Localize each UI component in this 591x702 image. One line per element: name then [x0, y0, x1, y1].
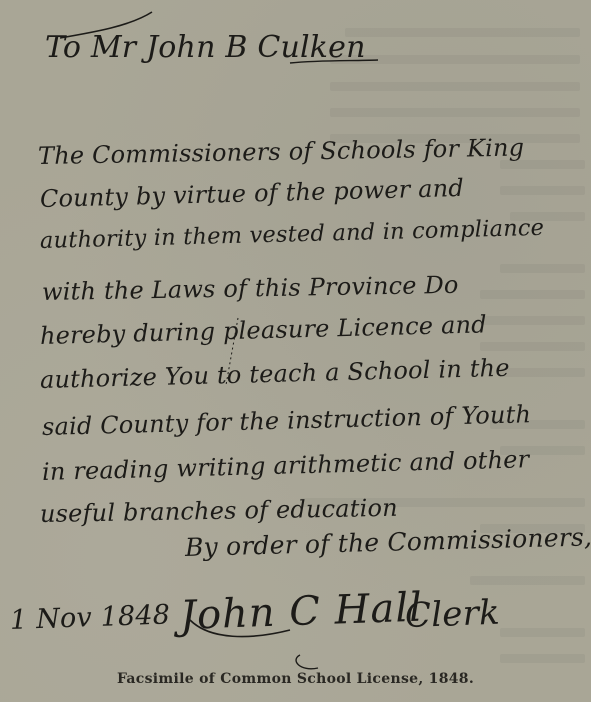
body-line-3: authority in them vested and in complian… [40, 215, 545, 254]
bleed-through-line [470, 576, 585, 585]
signature-title: Clerk [404, 593, 500, 636]
bleed-through-line [480, 316, 585, 325]
body-line-2: County by virtue of the power and [40, 174, 465, 213]
bleed-through-line [480, 290, 585, 299]
body-line-9: useful branches of education [40, 494, 398, 528]
body-line-8: in reading writing arithmetic and other [42, 445, 530, 486]
body-line-6: authorize You to teach a School in the [40, 354, 510, 394]
bleed-through-line [500, 628, 585, 637]
date: 1 Nov 1848 [9, 599, 170, 636]
body-line-4: with the Laws of this Province Do [42, 271, 459, 306]
bleed-through-line [330, 55, 580, 64]
bleed-through-line [500, 368, 585, 377]
bleed-through-line [330, 108, 580, 117]
bleed-through-line [500, 654, 585, 663]
bleed-through-line [345, 28, 580, 37]
bleed-through-line [500, 264, 585, 273]
closing-line: By order of the Commissioners, [185, 522, 591, 562]
bleed-through-line [330, 82, 580, 91]
salutation: To Mr John B Culken [45, 30, 366, 65]
body-line-1: The Commissioners of Schools for King [38, 134, 525, 170]
body-line-5: hereby during pleasure Licence and [40, 310, 487, 350]
document-page: To Mr John B Culken The Commissioners of… [0, 0, 591, 702]
body-line-7: said County for the instruction of Youth [42, 400, 532, 441]
bleed-through-line [480, 342, 585, 351]
bleed-through-line [500, 186, 585, 195]
caption: Facsimile of Common School License, 1848… [0, 671, 591, 687]
signature: John C Hall [179, 585, 423, 639]
